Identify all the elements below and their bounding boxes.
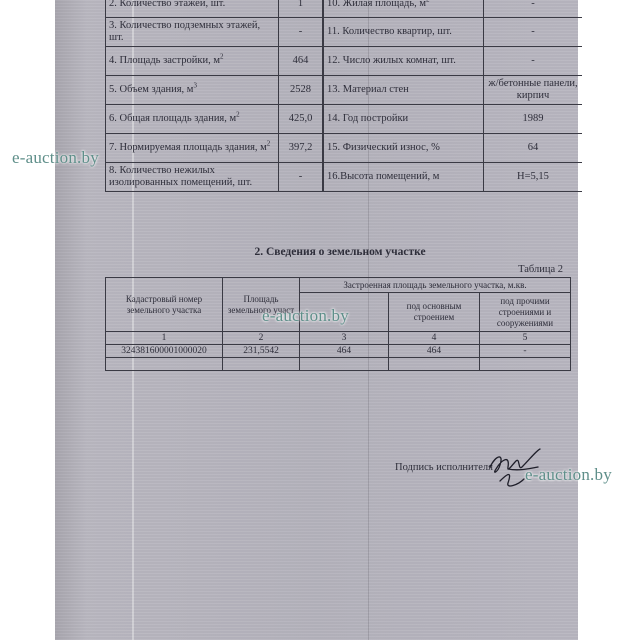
characteristic-label: 15. Физический износ, %	[323, 134, 484, 163]
empty-row	[106, 358, 571, 371]
characteristic-value: -	[484, 18, 583, 47]
characteristic-label: 6. Общая площадь здания, м2	[106, 105, 279, 134]
characteristic-label: 16.Высота помещений, м	[323, 163, 484, 192]
table-row: 4. Площадь застройки, м246412. Число жил…	[106, 47, 583, 76]
table-row: 6. Общая площадь здания, м2425,014. Год …	[106, 105, 583, 134]
cadastral-number-cell: 324381600001000020	[106, 345, 223, 358]
column-number: 5	[480, 332, 571, 345]
header-cadastral-number: Кадастровый номер земельного участка	[106, 278, 223, 332]
watermark: e-auction.by	[262, 306, 349, 326]
watermark: e-auction.by	[12, 148, 99, 168]
characteristic-label: 11. Количество квартир, шт.	[323, 18, 484, 47]
characteristic-value: 397,2	[279, 134, 324, 163]
characteristic-value: 2528	[279, 76, 324, 105]
characteristic-label: 14. Год постройки	[323, 105, 484, 134]
characteristic-label: 5. Объем здания, м3	[106, 76, 279, 105]
header-under-main-building: под основным строением	[389, 293, 480, 332]
characteristic-label: 4. Площадь застройки, м2	[106, 47, 279, 76]
characteristic-value: -	[279, 18, 324, 47]
plot-area-cell: 231,5542	[223, 345, 300, 358]
characteristic-value: 64	[484, 134, 583, 163]
characteristic-value: -	[279, 163, 324, 192]
table-row: 7. Нормируемая площадь здания, м2397,215…	[106, 134, 583, 163]
under-other-cell: -	[480, 345, 571, 358]
column-number: 2	[223, 332, 300, 345]
table-caption: Таблица 2	[518, 264, 563, 275]
characteristic-label: 10. Жилая площадь, м2	[323, 0, 484, 18]
column-number: 1	[106, 332, 223, 345]
watermark: e-auction.by	[525, 465, 612, 485]
characteristic-label: 13. Материал стен	[323, 76, 484, 105]
characteristic-label: 8. Количество нежилых изолированных поме…	[106, 163, 279, 192]
characteristic-label: 3. Количество подземных этажей, шт.	[106, 18, 279, 47]
table-row: 3. Количество подземных этажей, шт.-11. …	[106, 18, 583, 47]
characteristic-value: 464	[279, 47, 324, 76]
table-row: 8. Количество нежилых изолированных поме…	[106, 163, 583, 192]
characteristic-value: 1	[279, 0, 324, 18]
header-built-area-group: Застроенная площадь земельного участка, …	[300, 278, 571, 293]
section-title: 2. Сведения о земельном участке	[105, 246, 575, 258]
table-row: 2. Количество этажей, шт.110. Жилая площ…	[106, 0, 583, 18]
characteristic-label: 12. Число жилых комнат, шт.	[323, 47, 484, 76]
table-row: 324381600001000020 231,5542 464 464 -	[106, 345, 571, 358]
characteristic-value: 425,0	[279, 105, 324, 134]
under-main-cell: 464	[389, 345, 480, 358]
table-row: 5. Объем здания, м3252813. Материал стен…	[106, 76, 583, 105]
column-number: 3	[300, 332, 389, 345]
characteristic-value: 1989	[484, 105, 583, 134]
characteristic-value: -	[484, 47, 583, 76]
characteristic-value: H=5,15	[484, 163, 583, 192]
characteristic-value: -	[484, 0, 583, 18]
building-characteristics-table: 2. Количество этажей, шт.110. Жилая площ…	[105, 0, 582, 192]
characteristic-label: 2. Количество этажей, шт.	[106, 0, 279, 18]
built-total-cell: 464	[300, 345, 389, 358]
column-number: 4	[389, 332, 480, 345]
characteristic-value: ж/бетонные панели, кирпич	[484, 76, 583, 105]
characteristic-label: 7. Нормируемая площадь здания, м2	[106, 134, 279, 163]
column-number-row: 1 2 3 4 5	[106, 332, 571, 345]
header-under-other-buildings: под прочими строениями и сооружениями	[480, 293, 571, 332]
